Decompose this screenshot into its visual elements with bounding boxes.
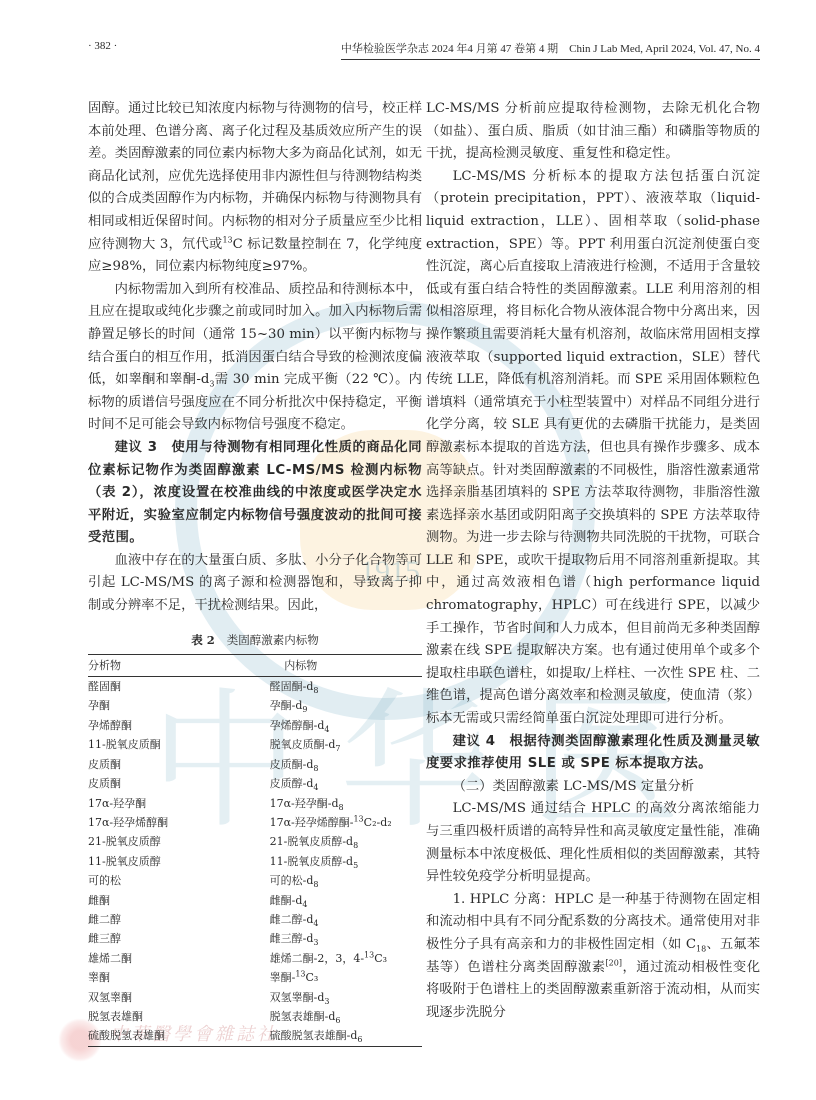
text-run: C₂-d₂	[364, 816, 392, 829]
table-row: 可的松可的松-d8	[88, 871, 422, 890]
subscript: 3	[313, 939, 318, 948]
internal-standard-cell: 硫酸脱氢表雄酮-d6	[180, 1026, 422, 1046]
table-caption: 表 2类固醇激素内标物	[88, 632, 422, 648]
text-run: 固醇。通过比较已知浓度内标物与待测物的信号，校正样本前处理、色谱分离、离子化过程…	[88, 101, 422, 252]
table-row: 雌酮雌酮-d4	[88, 891, 422, 910]
subscript: 7	[335, 744, 340, 753]
table-row: 双氢睾酮双氢睾酮-d3	[88, 988, 422, 1007]
table-row: 脱氢表雄酮脱氢表雄酮-d6	[88, 1007, 422, 1026]
table-row: 硫酸脱氢表雄酮硫酸脱氢表雄酮-d6	[88, 1026, 422, 1046]
internal-standard-cell: 雌酮-d4	[180, 891, 422, 910]
table-row: 17α-羟孕酮17α-羟孕酮-d8	[88, 794, 422, 813]
text-run: 硫酸脱氢表雄酮-d	[270, 1029, 358, 1042]
right-column: LC-MS/MS 分析前应提取待检测物，去除无机化合物（如盐）、蛋白质、脂质（如…	[426, 98, 760, 1024]
subscript: 4	[324, 725, 329, 734]
paragraph-internal-standard-addition: 内标物需加入到所有校准品、质控品和待测标本中，且应在提取或纯化步骤之前或同时加入…	[88, 279, 422, 437]
analyte-cell: 17α-羟孕烯醇酮	[88, 813, 180, 832]
table-row: 11-脱氧皮质酮脱氧皮质酮-d7	[88, 735, 422, 754]
text-run: 脱氧皮质酮-d	[270, 738, 336, 751]
subscript: 8	[353, 842, 358, 851]
text-run: 醛固酮-d	[270, 680, 314, 693]
text-run: C₃	[374, 952, 387, 965]
internal-standard-cell: 雄烯二酮-2，3，4-13C₃	[180, 949, 422, 968]
text-run: 可的松-d	[270, 874, 314, 887]
table-header-row: 分析物 内标物	[88, 654, 422, 676]
table-row: 雄烯二酮雄烯二酮-2，3，4-13C₃	[88, 949, 422, 968]
text-run: 皮质酮-d	[270, 758, 314, 771]
table-title: 类固醇激素内标物	[227, 633, 319, 647]
journal-citation: 中华检验医学杂志 2024 年4 月第 47 卷第 4 期 Chin J Lab…	[341, 40, 760, 60]
subscript: 8	[313, 764, 318, 773]
subscript: 4	[313, 919, 318, 928]
analyte-cell: 21-脱氧皮质醇	[88, 832, 180, 851]
subscript: 8	[313, 880, 318, 889]
paragraph-lcmsms-quant: LC-MS/MS 通过结合 HPLC 的高效分离浓缩能力与三重四极杆质谱的高特异…	[426, 798, 760, 888]
running-header: · 382 · 中华检验医学杂志 2024 年4 月第 47 卷第 4 期 Ch…	[88, 38, 760, 60]
subscript: 6	[357, 1036, 362, 1045]
internal-standard-cell: 17α-羟孕烯醇酮-13C₂-d₂	[180, 813, 422, 832]
text-run: 雌二醇-d	[270, 913, 314, 926]
analyte-cell: 脱氢表雄酮	[88, 1007, 180, 1026]
analyte-cell: 雌三醇	[88, 929, 180, 948]
subscript: 8	[339, 803, 344, 812]
analyte-cell: 睾酮	[88, 968, 180, 987]
table-row: 醛固酮醛固酮-d8	[88, 677, 422, 697]
paragraph-extraction-methods: LC-MS/MS 分析标本的提取方法包括蛋白沉淀（protein precipi…	[426, 166, 760, 731]
text-run: 孕烯醇酮-d	[270, 719, 325, 732]
analyte-cell: 11-脱氧皮质醇	[88, 852, 180, 871]
table-row: 孕烯醇酮孕烯醇酮-d4	[88, 716, 422, 735]
section-heading: （二）类固醇激素 LC-MS/MS 定量分析	[426, 776, 760, 799]
text-run: 皮质醇-d	[270, 777, 314, 790]
paragraph-internal-standard-intro: 固醇。通过比较已知浓度内标物与待测物的信号，校正样本前处理、色谱分离、离子化过程…	[88, 98, 422, 279]
internal-standard-cell: 脱氢表雄酮-d6	[180, 1007, 422, 1026]
subscript: 18	[696, 945, 706, 954]
analyte-cell: 醛固酮	[88, 677, 180, 697]
text-run: 孕酮-d	[270, 699, 303, 712]
analyte-cell: 硫酸脱氢表雄酮	[88, 1026, 180, 1046]
internal-standard-cell: 孕酮-d9	[180, 696, 422, 715]
text-run: 睾酮-	[270, 971, 296, 984]
table-row: 皮质酮皮质醇-d4	[88, 774, 422, 793]
text-run: 雌三醇-d	[270, 932, 314, 945]
internal-standard-cell: 皮质酮-d8	[180, 755, 422, 774]
paragraph-hplc-separation: 1. HPLC 分离：HPLC 是一种基于待测物在固定相和流动相中具有不同分配系…	[426, 889, 760, 1025]
internal-standards-table: 分析物 内标物 醛固酮醛固酮-d8孕酮孕酮-d9孕烯醇酮孕烯醇酮-d411-脱氧…	[88, 654, 422, 1047]
recommendation-4: 建议 4 根据待测类固醇激素理化性质及测量灵敏度要求推荐使用 SLE 或 SPE…	[426, 731, 760, 776]
column-header-analyte: 分析物	[88, 654, 180, 676]
table-row: 孕酮孕酮-d9	[88, 696, 422, 715]
internal-standard-cell: 11-脱氧皮质醇-d5	[180, 852, 422, 871]
analyte-cell: 雌二醇	[88, 910, 180, 929]
superscript: 13	[353, 814, 363, 823]
page-number: · 382 ·	[88, 40, 117, 52]
table-row: 睾酮睾酮-13C₃	[88, 968, 422, 987]
analyte-cell: 孕酮	[88, 696, 180, 715]
table-row: 21-脱氧皮质醇21-脱氧皮质醇-d8	[88, 832, 422, 851]
table-number: 表 2	[191, 633, 215, 647]
internal-standard-cell: 可的松-d8	[180, 871, 422, 890]
analyte-cell: 雌酮	[88, 891, 180, 910]
table-row: 17α-羟孕烯醇酮17α-羟孕烯醇酮-13C₂-d₂	[88, 813, 422, 832]
analyte-cell: 11-脱氧皮质酮	[88, 735, 180, 754]
internal-standard-cell: 脱氧皮质酮-d7	[180, 735, 422, 754]
text-run: 17α-羟孕烯醇酮-	[270, 816, 354, 829]
analyte-cell: 皮质酮	[88, 755, 180, 774]
subscript: 3	[324, 997, 329, 1006]
text-run: 脱氢表雄酮-d	[270, 1010, 336, 1023]
internal-standard-cell: 21-脱氧皮质醇-d8	[180, 832, 422, 851]
paragraph-pre-analysis-extraction: LC-MS/MS 分析前应提取待检测物，去除无机化合物（如盐）、蛋白质、脂质（如…	[426, 98, 760, 166]
internal-standard-cell: 孕烯醇酮-d4	[180, 716, 422, 735]
internal-standard-cell: 雌二醇-d4	[180, 910, 422, 929]
table-row: 雌三醇雌三醇-d3	[88, 929, 422, 948]
analyte-cell: 雄烯二酮	[88, 949, 180, 968]
superscript: 13	[295, 970, 305, 979]
table-row: 皮质酮皮质酮-d8	[88, 755, 422, 774]
internal-standard-cell: 17α-羟孕酮-d8	[180, 794, 422, 813]
subscript: 5	[353, 861, 358, 870]
text-run: 双氢睾酮-d	[270, 991, 325, 1004]
text-run: C₃	[306, 971, 319, 984]
subscript: 4	[313, 783, 318, 792]
analyte-cell: 可的松	[88, 871, 180, 890]
table-row: 雌二醇雌二醇-d4	[88, 910, 422, 929]
table-row: 11-脱氧皮质醇11-脱氧皮质醇-d5	[88, 852, 422, 871]
superscript: 13	[222, 235, 232, 244]
citation-reference[interactable]: [20]	[606, 958, 622, 967]
paragraph-blood-interference: 血液中存在的大量蛋白质、多肽、小分子化合物等可引起 LC-MS/MS 的离子源和…	[88, 550, 422, 618]
left-column: 固醇。通过比较已知浓度内标物与待测物的信号，校正样本前处理、色谱分离、离子化过程…	[88, 98, 422, 1047]
subscript: 6	[335, 1016, 340, 1025]
analyte-cell: 17α-羟孕酮	[88, 794, 180, 813]
recommendation-3: 建议 3 使用与待测物有相同理化性质的商品化同位素标记物作为类固醇激素 LC-M…	[88, 437, 422, 550]
internal-standard-cell: 雌三醇-d3	[180, 929, 422, 948]
text-run: 21-脱氧皮质醇-d	[270, 835, 353, 848]
internal-standard-cell: 双氢睾酮-d3	[180, 988, 422, 1007]
internal-standard-cell: 睾酮-13C₃	[180, 968, 422, 987]
superscript: 13	[364, 950, 374, 959]
text-run: 雌酮-d	[270, 894, 303, 907]
analyte-cell: 孕烯醇酮	[88, 716, 180, 735]
subscript: 4	[302, 900, 307, 909]
subscript: 8	[313, 686, 318, 695]
subscript: 9	[302, 706, 307, 715]
text-run: 17α-羟孕酮-d	[270, 797, 339, 810]
analyte-cell: 皮质酮	[88, 774, 180, 793]
internal-standard-cell: 醛固酮-d8	[180, 677, 422, 697]
column-header-internal-standard: 内标物	[180, 654, 422, 676]
text-run: 11-脱氧皮质醇-d	[270, 855, 353, 868]
text-run: 雄烯二酮-2，3，4-	[270, 952, 364, 965]
internal-standard-cell: 皮质醇-d4	[180, 774, 422, 793]
analyte-cell: 双氢睾酮	[88, 988, 180, 1007]
